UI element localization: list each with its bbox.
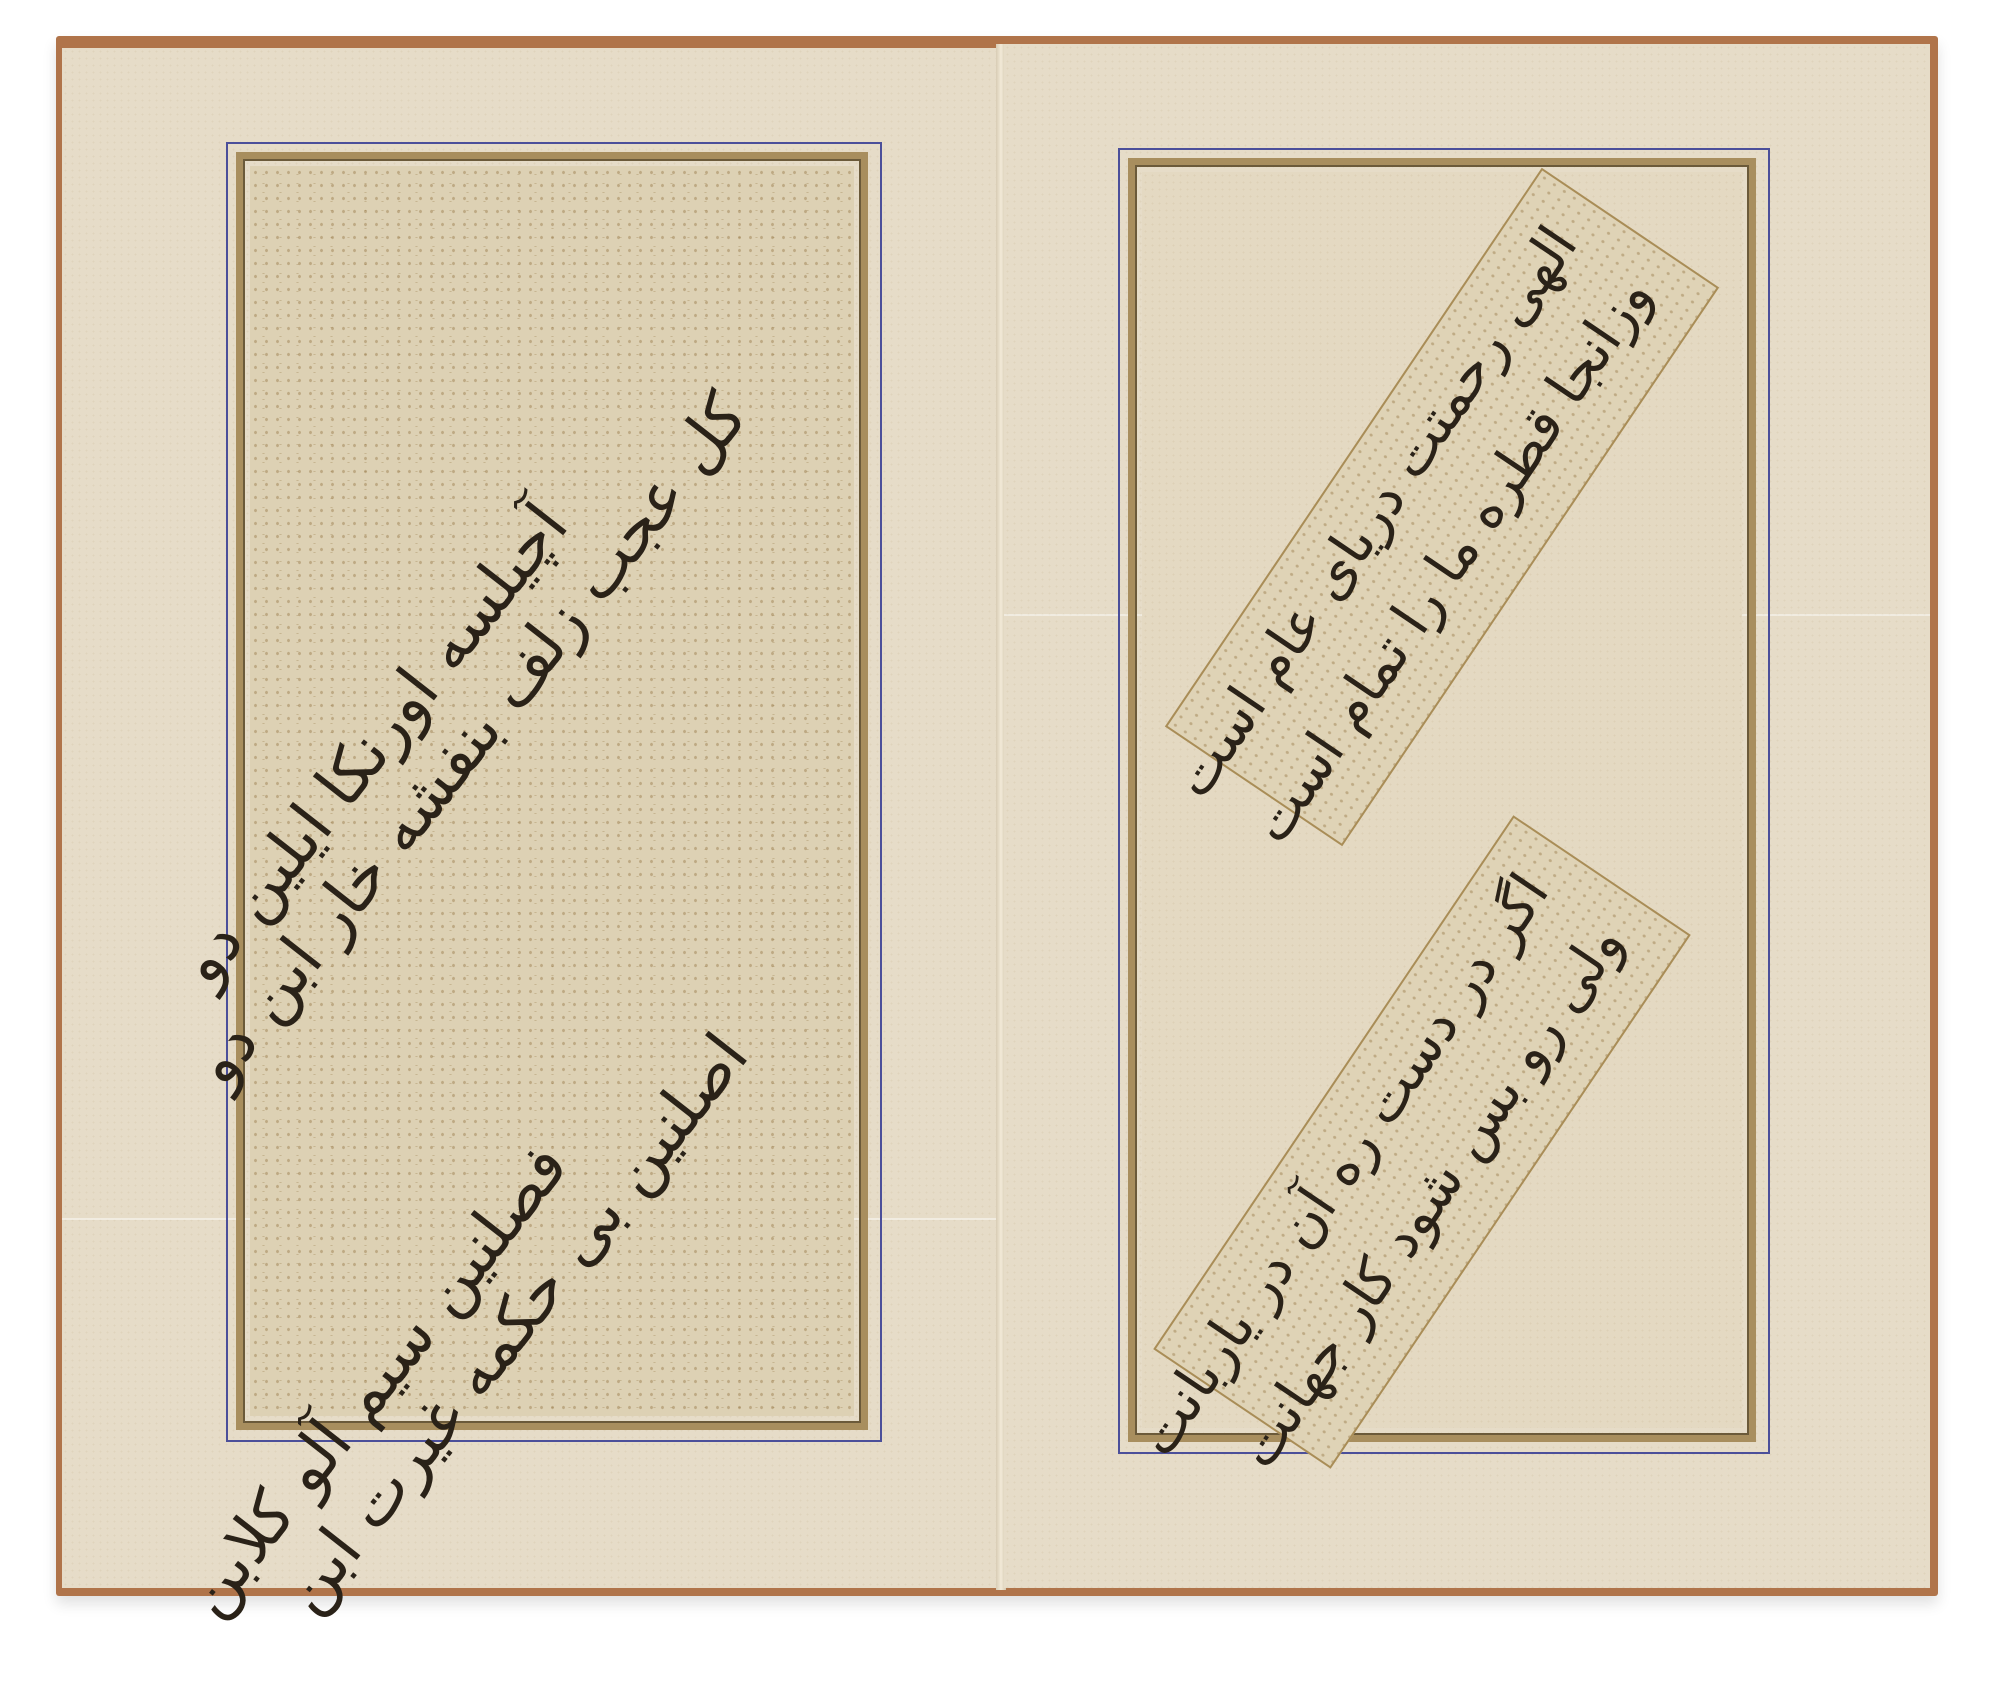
left-text-panel: کل عجب زلف بنفشه خار ابن دو آچیلسه اورنک… bbox=[250, 166, 854, 1416]
verse-line: کل عجب زلف بنفشه خار ابن دو bbox=[179, 380, 763, 1099]
